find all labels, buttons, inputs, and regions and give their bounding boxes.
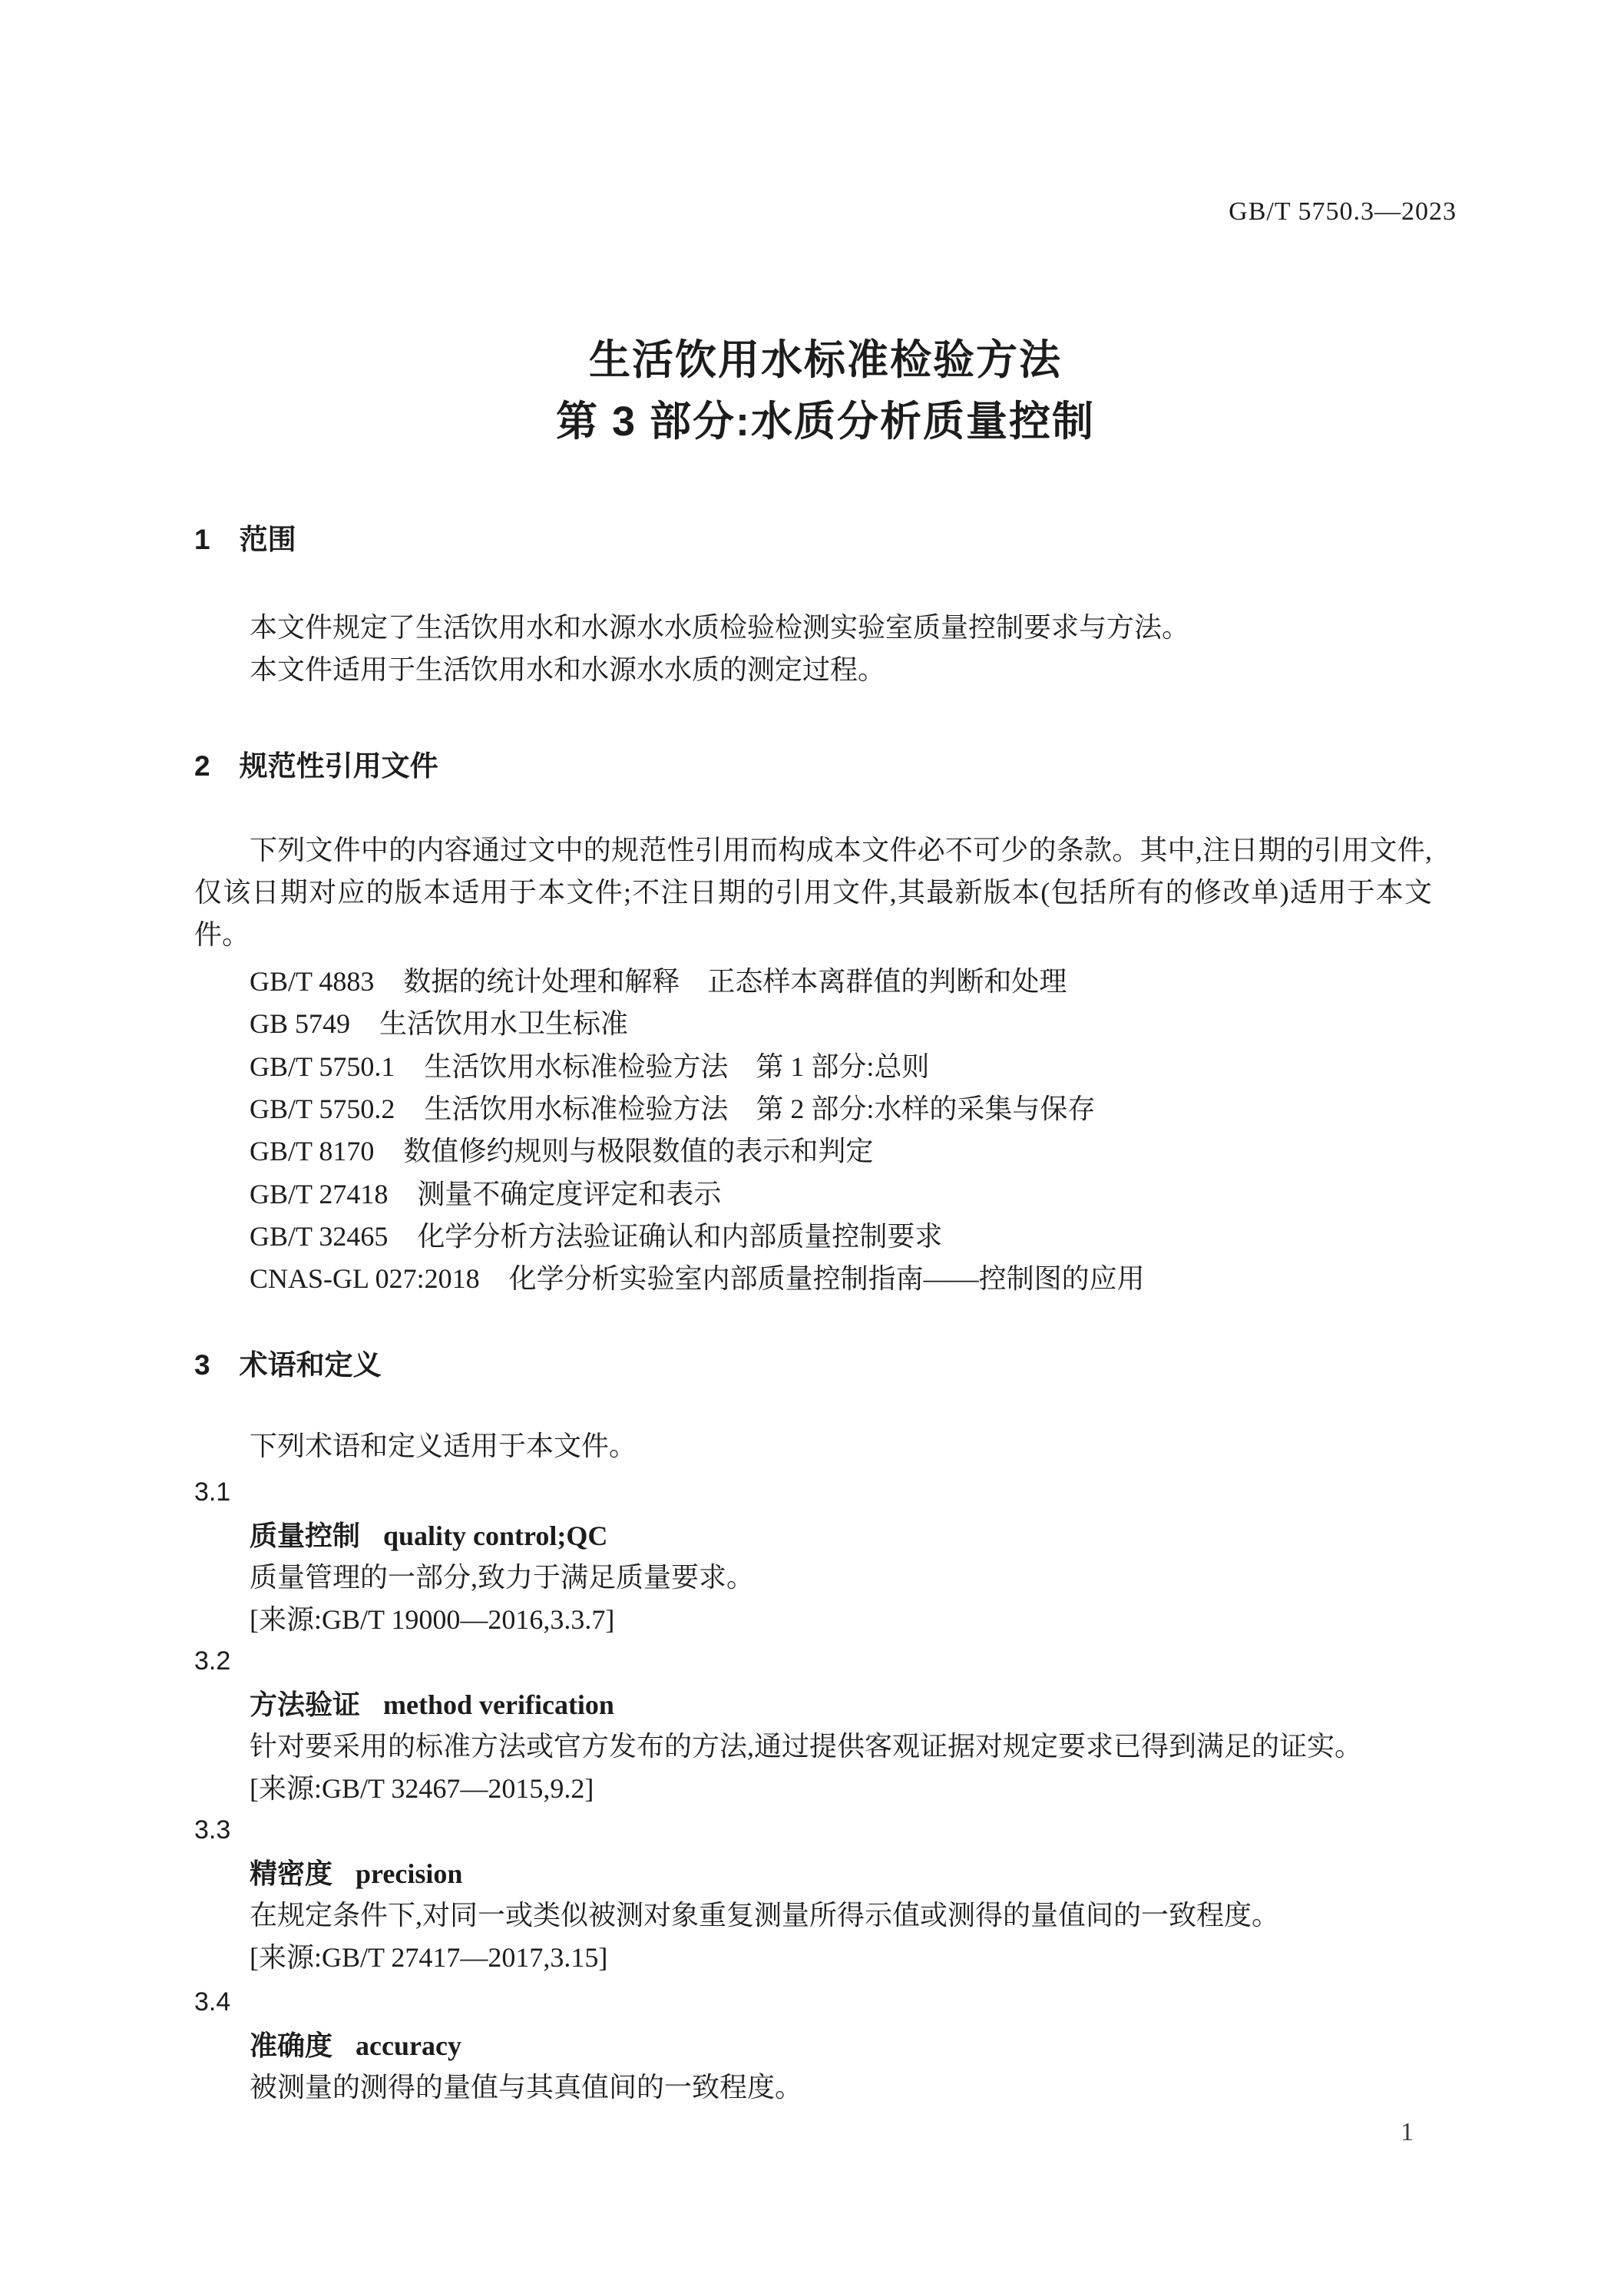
term-name-zh: 质量控制 [250, 1520, 360, 1551]
term-id: 3.2 [194, 1646, 1457, 1676]
reference-code: GB 5749 [250, 1008, 350, 1039]
term-name: 方法验证method verification [194, 1689, 1512, 1721]
section-1-title: 范围 [240, 524, 296, 555]
reference-item: GB/T 32465化学分析方法验证确认和内部质量控制要求 [194, 1221, 1512, 1252]
reference-code: GB/T 4883 [250, 966, 374, 997]
term-id: 3.3 [194, 1815, 1457, 1845]
reference-title: 测量不确定度评定和表示 [417, 1179, 721, 1209]
section-3-title: 术语和定义 [240, 1349, 382, 1381]
section-1-number: 1 [194, 524, 210, 555]
reference-title: 生活饮用水标准检验方法 第 2 部分:水样的采集与保存 [424, 1094, 1095, 1124]
section-3-intro: 下列术语和定义适用于本文件。 [194, 1431, 1512, 1462]
reference-code: GB/T 8170 [250, 1136, 374, 1166]
term-id: 3.4 [194, 1987, 1457, 2017]
reference-code: CNAS-GL 027:2018 [250, 1263, 480, 1294]
reference-title: 生活饮用水标准检验方法 第 1 部分:总则 [424, 1051, 929, 1082]
page-number: 1 [194, 2117, 1414, 2147]
doc-title: 生活饮用水标准检验方法 第 3 部分:水质分析质量控制 [194, 329, 1457, 452]
reference-title: 生活饮用水卫生标准 [379, 1008, 628, 1039]
section-1-para-2: 本文件适用于生活饮用水和水源水水质的测定过程。 [194, 654, 1512, 686]
reference-title: 化学分析方法验证确认和内部质量控制要求 [417, 1221, 942, 1252]
reference-item: GB/T 5750.1生活饮用水标准检验方法 第 1 部分:总则 [194, 1051, 1512, 1083]
doc-title-line1: 生活饮用水标准检验方法 [194, 329, 1457, 391]
term-name-zh: 精密度 [250, 1858, 332, 1889]
term-name-en: accuracy [356, 2030, 461, 2061]
doc-code: GB/T 5750.3—2023 [194, 197, 1457, 227]
term-name: 准确度accuracy [194, 2030, 1512, 2062]
reference-code: GB/T 32465 [250, 1221, 388, 1252]
section-2-heading: 2规范性引用文件 [194, 750, 1457, 783]
term-source: [来源:GB/T 19000—2016,3.3.7] [194, 1604, 1512, 1636]
section-2-intro: 下列文件中的内容通过文中的规范性引用而构成本文件必不可少的条款。其中,注日期的引… [194, 829, 1432, 956]
section-1-heading: 1范围 [194, 524, 1457, 557]
doc-title-line2: 第 3 部分:水质分析质量控制 [194, 391, 1457, 452]
document-page: GB/T 5750.3—2023 生活饮用水标准检验方法 第 3 部分:水质分析… [0, 0, 1624, 2293]
term-name-zh: 方法验证 [250, 1689, 360, 1720]
term-name-en: method verification [383, 1689, 614, 1720]
term-definition: 在规定条件下,对同一或类似被测对象重复测量所得示值或测得的量值间的一致程度。 [194, 1900, 1512, 1931]
term-id: 3.1 [194, 1477, 1457, 1507]
section-3-heading: 3术语和定义 [194, 1349, 1457, 1382]
reference-title: 数值修约规则与极限数值的表示和判定 [403, 1136, 873, 1166]
reference-title: 化学分析实验室内部质量控制指南——控制图的应用 [509, 1263, 1145, 1294]
term-source: [来源:GB/T 27417—2017,3.15] [194, 1942, 1512, 1974]
term-name-zh: 准确度 [250, 2030, 332, 2061]
section-2-title: 规范性引用文件 [240, 750, 438, 782]
reference-item: GB/T 8170数值修约规则与极限数值的表示和判定 [194, 1136, 1512, 1167]
reference-item: GB 5749生活饮用水卫生标准 [194, 1008, 1512, 1040]
section-1-para-1: 本文件规定了生活饮用水和水源水水质检验检测实验室质量控制要求与方法。 [194, 612, 1512, 644]
section-3-number: 3 [194, 1349, 210, 1381]
reference-code: GB/T 5750.1 [250, 1051, 395, 1082]
term-name-en: precision [356, 1858, 462, 1889]
reference-item: CNAS-GL 027:2018化学分析实验室内部质量控制指南——控制图的应用 [194, 1263, 1512, 1295]
reference-code: GB/T 27418 [250, 1179, 388, 1209]
section-2-number: 2 [194, 750, 210, 782]
reference-item: GB/T 5750.2生活饮用水标准检验方法 第 2 部分:水样的采集与保存 [194, 1094, 1512, 1125]
term-definition: 针对要采用的标准方法或官方发布的方法,通过提供客观证据对规定要求已得到满足的证实… [194, 1731, 1512, 1762]
reference-title: 数据的统计处理和解释 正态样本离群值的判断和处理 [403, 966, 1067, 997]
term-definition: 质量管理的一部分,致力于满足质量要求。 [194, 1562, 1512, 1593]
term-name: 精密度precision [194, 1858, 1512, 1890]
term-name: 质量控制quality control;QC [194, 1520, 1512, 1552]
reference-item: GB/T 27418测量不确定度评定和表示 [194, 1179, 1512, 1210]
reference-code: GB/T 5750.2 [250, 1094, 395, 1124]
term-name-en: quality control;QC [383, 1520, 607, 1551]
reference-item: GB/T 4883数据的统计处理和解释 正态样本离群值的判断和处理 [194, 966, 1512, 998]
term-source: [来源:GB/T 32467—2015,9.2] [194, 1773, 1512, 1805]
term-definition: 被测量的测得的量值与其真值间的一致程度。 [194, 2072, 1512, 2103]
